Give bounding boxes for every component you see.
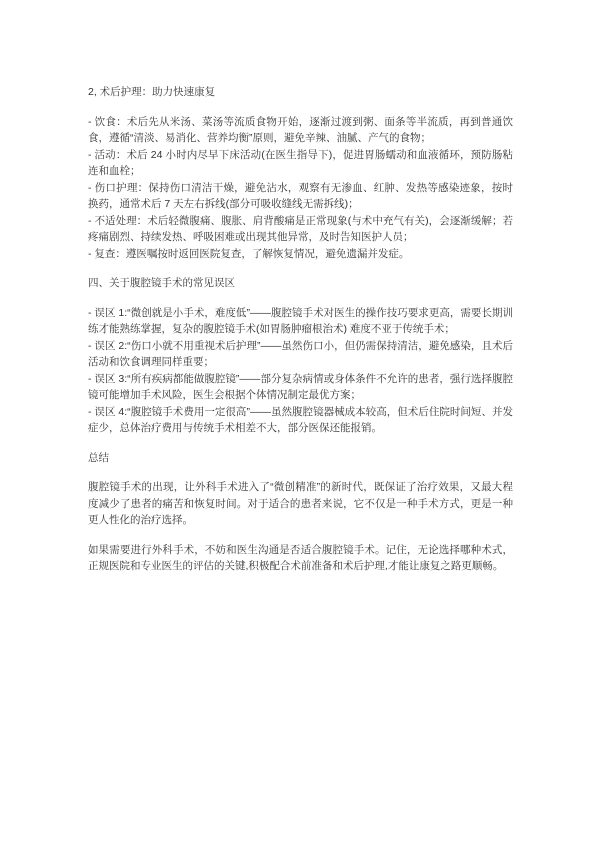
misconception-list: - 误区 1:“微创就是小手术，难度低”——腹腔镜手术对医生的操作技巧要求更高，… <box>88 305 513 437</box>
misconception-item-3: - 误区 3:“所有疾病都能做腹腔镜”——部分复杂病情或身体条件不允许的患者，强… <box>88 371 513 404</box>
summary-heading: 总结 <box>88 450 513 467</box>
misconception-item-2: - 误区 2:“伤口小就不用重视术后护理”——虽然伤口小，但仍需保持清洁，避免感… <box>88 338 513 371</box>
misconception-item-1: - 误区 1:“微创就是小手术，难度低”——腹腔镜手术对医生的操作技巧要求更高，… <box>88 305 513 338</box>
misconception-heading: 四、关于腹腔镜手术的常见误区 <box>88 275 513 292</box>
care-item-discomfort: - 不适处理：术后轻微腹痛、腹胀、肩背酸痛是正常现象(与术中充气有关)，会逐渐缓… <box>88 213 513 246</box>
care-item-followup: - 复查：遵医嘱按时返回医院复查，了解恢复情况，避免遗漏并发症。 <box>88 246 513 263</box>
summary-heading-block: 总结 <box>88 450 513 467</box>
summary-paragraph-2: 如果需要进行外科手术，不妨和医生沟通是否适合腹腔镜手术。记住，无论选择哪种术式，… <box>88 542 513 575</box>
care-item-diet: - 饮食：术后先从米汤、菜汤等流质食物开始，逐渐过渡到粥、面条等半流质，再到普通… <box>88 114 513 147</box>
postop-care-heading: 2, 术后护理：助力快速康复 <box>88 84 513 101</box>
care-item-activity: - 活动：术后 24 小时内尽早下床活动(在医生指导下)，促进胃肠蠕动和血液循环… <box>88 147 513 180</box>
misconception-item-4: - 误区 4:“腹腔镜手术费用一定很高”——虽然腹腔镜器械成本较高，但术后住院时… <box>88 404 513 437</box>
postop-care-section-heading-block: 2, 术后护理：助力快速康复 <box>88 84 513 101</box>
care-item-wound-care: - 伤口护理：保持伤口清洁干燥，避免沾水，观察有无渗血、红肿、发热等感染迹象，按… <box>88 180 513 213</box>
misconception-section-heading-block: 四、关于腹腔镜手术的常见误区 <box>88 275 513 292</box>
summary-paragraph-1-block: 腹腔镜手术的出现，让外科手术进入了“微创精准”的新时代，既保证了治疗效果，又最大… <box>88 479 513 529</box>
summary-paragraph-1: 腹腔镜手术的出现，让外科手术进入了“微创精准”的新时代，既保证了治疗效果，又最大… <box>88 479 513 529</box>
summary-paragraph-2-block: 如果需要进行外科手术，不妨和医生沟通是否适合腹腔镜手术。记住，无论选择哪种术式，… <box>88 542 513 575</box>
document-page: 2, 术后护理：助力快速康复 - 饮食：术后先从米汤、菜汤等流质食物开始，逐渐过… <box>0 0 595 841</box>
postop-care-list: - 饮食：术后先从米汤、菜汤等流质食物开始，逐渐过渡到粥、面条等半流质，再到普通… <box>88 114 513 263</box>
